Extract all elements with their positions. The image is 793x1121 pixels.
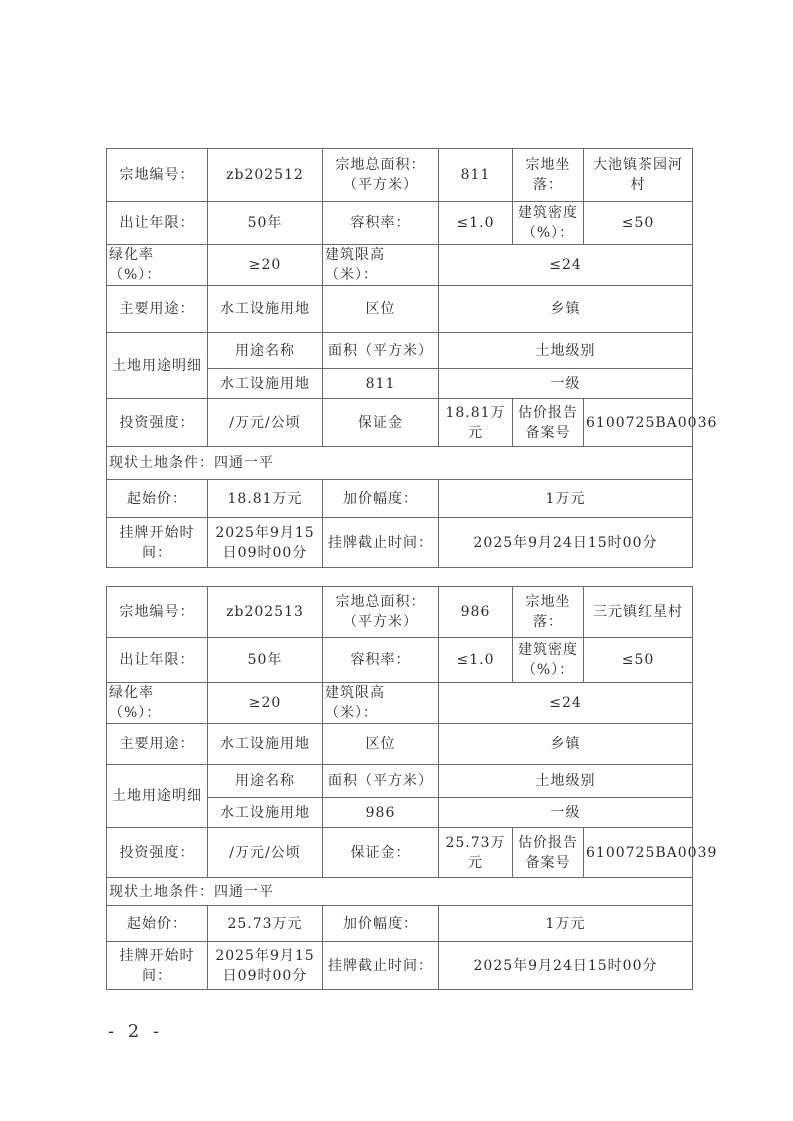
label-increment: 加价幅度：	[323, 906, 439, 942]
label-deposit: 保证金：	[323, 828, 439, 878]
header-land-grade: 土地级别	[439, 333, 693, 369]
land-condition: 现状土地条件：四通一平	[107, 447, 693, 480]
header-land-grade: 土地级别	[439, 765, 693, 798]
value-parcel-id: zb202512	[208, 149, 323, 202]
label-list-end: 挂牌截止时间：	[323, 942, 439, 990]
label-term: 出让年限：	[107, 202, 208, 245]
header-area: 面积（平方米）	[323, 333, 439, 369]
label-list-end: 挂牌截止时间：	[323, 518, 439, 568]
value-list-start: 2025年9月15日09时00分	[208, 518, 323, 568]
label-investment: 投资强度：	[107, 399, 208, 447]
value-location: 大池镇茶园河村	[584, 149, 693, 202]
value-zone: 乡镇	[439, 724, 693, 765]
value-use-area: 811	[323, 369, 439, 399]
label-green: 绿化率（%）：	[107, 245, 208, 286]
label-appraisal: 估价报告备案号	[513, 399, 584, 447]
value-start-price: 25.73万元	[208, 906, 323, 942]
value-land-grade: 一级	[439, 798, 693, 828]
label-far: 容积率：	[323, 202, 439, 245]
label-green: 绿化率（%）：	[107, 683, 208, 724]
label-location: 宗地坐落：	[513, 149, 584, 202]
value-main-use: 水工设施用地	[208, 286, 323, 333]
value-investment: /万元/公顷	[208, 399, 323, 447]
label-zone: 区位	[323, 724, 439, 765]
value-increment: 1万元	[439, 906, 693, 942]
parcel-table-1: 宗地编号： zb202512 宗地总面积：（平方米） 811 宗地坐落： 大池镇…	[106, 148, 693, 568]
label-far: 容积率：	[323, 638, 439, 683]
label-increment: 加价幅度：	[323, 480, 439, 518]
value-parcel-id: zb202513	[208, 587, 323, 638]
value-investment: /万元/公顷	[208, 828, 323, 878]
value-far: ≤1.0	[439, 638, 513, 683]
value-appraisal: 6100725BA0036	[584, 399, 693, 447]
label-main-use: 主要用途：	[107, 724, 208, 765]
value-term: 50年	[208, 638, 323, 683]
value-deposit: 25.73万元	[439, 828, 513, 878]
label-use-detail: 土地用途明细	[107, 333, 208, 399]
label-main-use: 主要用途：	[107, 286, 208, 333]
label-height: 建筑限高（米）：	[323, 245, 439, 286]
value-list-end: 2025年9月24日15时00分	[439, 942, 693, 990]
value-far: ≤1.0	[439, 202, 513, 245]
value-use-name: 水工设施用地	[208, 798, 323, 828]
label-density: 建筑密度（%）：	[513, 638, 584, 683]
label-density: 建筑密度（%）：	[513, 202, 584, 245]
value-term: 50年	[208, 202, 323, 245]
value-total-area: 986	[439, 587, 513, 638]
value-green: ≥20	[208, 245, 323, 286]
value-height: ≤24	[439, 245, 693, 286]
value-height: ≤24	[439, 683, 693, 724]
page-number: - 2 -	[108, 1021, 163, 1042]
value-appraisal: 6100725BA0039	[584, 828, 693, 878]
label-start-price: 起始价：	[107, 480, 208, 518]
label-term: 出让年限：	[107, 638, 208, 683]
value-use-name: 水工设施用地	[208, 369, 323, 399]
label-use-detail: 土地用途明细	[107, 765, 208, 828]
header-use-name: 用途名称	[208, 333, 323, 369]
value-density: ≤50	[584, 202, 693, 245]
value-list-start: 2025年9月15日09时00分	[208, 942, 323, 990]
value-start-price: 18.81万元	[208, 480, 323, 518]
label-deposit: 保证金	[323, 399, 439, 447]
value-total-area: 811	[439, 149, 513, 202]
label-start-price: 起始价：	[107, 906, 208, 942]
value-main-use: 水工设施用地	[208, 724, 323, 765]
value-use-area: 986	[323, 798, 439, 828]
value-increment: 1万元	[439, 480, 693, 518]
value-green: ≥20	[208, 683, 323, 724]
value-zone: 乡镇	[439, 286, 693, 333]
label-zone: 区位	[323, 286, 439, 333]
label-investment: 投资强度：	[107, 828, 208, 878]
land-condition: 现状土地条件：四通一平	[107, 878, 693, 906]
label-height: 建筑限高（米）：	[323, 683, 439, 724]
value-density: ≤50	[584, 638, 693, 683]
header-use-name: 用途名称	[208, 765, 323, 798]
label-list-start: 挂牌开始时间：	[107, 518, 208, 568]
label-list-start: 挂牌开始时间：	[107, 942, 208, 990]
label-total-area: 宗地总面积：（平方米）	[323, 587, 439, 638]
value-deposit: 18.81万元	[439, 399, 513, 447]
label-total-area: 宗地总面积：（平方米）	[323, 149, 439, 202]
header-area: 面积（平方米）	[323, 765, 439, 798]
label-location: 宗地坐落：	[513, 587, 584, 638]
value-land-grade: 一级	[439, 369, 693, 399]
label-parcel-id: 宗地编号：	[107, 149, 208, 202]
parcel-table-2: 宗地编号： zb202513 宗地总面积：（平方米） 986 宗地坐落： 三元镇…	[106, 586, 693, 990]
value-list-end: 2025年9月24日15时00分	[439, 518, 693, 568]
label-parcel-id: 宗地编号：	[107, 587, 208, 638]
value-location: 三元镇红星村	[584, 587, 693, 638]
label-appraisal: 估价报告备案号	[513, 828, 584, 878]
